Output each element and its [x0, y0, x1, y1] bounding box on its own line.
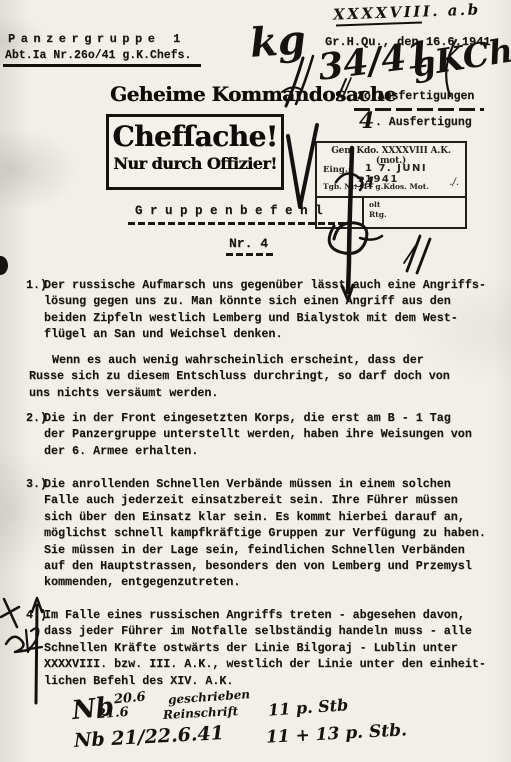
- text-line: Schnellen Kräfte ostwärts der Linie Bilg…: [44, 640, 486, 656]
- text-line: der Panzergruppe unterstellt werden, hab…: [44, 426, 472, 442]
- paragraph-text: Die anrollenden Schnellen Verbände müsse…: [44, 476, 486, 591]
- paragraph-text: Im Falle eines russischen Angriffs trete…: [44, 607, 486, 689]
- order-number-underline: [226, 253, 276, 256]
- footer-count-1: 11 p. Stb: [267, 695, 348, 720]
- double-slash-a: [407, 236, 420, 271]
- handwritten-initials-kg: kg: [248, 16, 307, 67]
- stamp-fragment-2: Rtg.: [369, 210, 387, 219]
- margin-cross-b: [1, 607, 19, 617]
- text-line: kommenden, entgegenzutreten.: [44, 574, 486, 590]
- text-line: Die anrollenden Schnellen Verbände müsse…: [44, 476, 486, 492]
- double-slash-tick: [404, 245, 416, 263]
- file-reference-underline: [3, 64, 201, 67]
- copies-count: 2o Ausfertigungen: [357, 90, 474, 103]
- stamp-divider-vertical: [362, 198, 364, 225]
- footer-date-2: 21.6: [97, 705, 130, 722]
- margin-exclamation: [26, 630, 28, 652]
- text-line: Im Falle eines russischen Angriffs trete…: [44, 607, 486, 623]
- text-line: Falle auch jederzeit einsatzbereit sein.…: [44, 492, 486, 508]
- text-line: uns nichts versäumt werden.: [29, 385, 450, 401]
- margin-scribble: [6, 637, 29, 652]
- stamp-journal-line: Tgb. Nr. /41 g.Kdos. Mot.: [323, 182, 429, 191]
- text-line: der 6. Armee erhalten.: [44, 443, 472, 459]
- text-line: beiden Zipfeln westlich Lemberg und Bial…: [44, 310, 486, 326]
- text-line: Sie müssen in der Lage sein, feindlichen…: [44, 542, 486, 558]
- signature-tail: [360, 236, 382, 240]
- text-line: auf den Hauptstrassen, besonders den von…: [44, 558, 486, 574]
- corps-mark-handwritten: XXXXVIII. a.b: [333, 0, 481, 23]
- classification-title: Geheime Kommandosache: [110, 82, 396, 106]
- text-line: lichen Befehl des XIV. A.K.: [44, 673, 486, 689]
- footer-count-2: 11 + 13 p. Stb.: [266, 720, 408, 747]
- text-line: Russe sich zu diesem Entschluss durchrin…: [29, 368, 450, 384]
- footer-note-1: geschrieben: [168, 687, 251, 707]
- text-line: Der russische Aufmarsch uns gegenüber lä…: [44, 277, 486, 293]
- text-line: Wenn es auch wenig wahrscheinlich ersche…: [52, 352, 450, 368]
- copy-number-handwritten: 4: [359, 108, 374, 134]
- paragraph-text: Die in der Front eingesetzten Korps, die…: [44, 410, 472, 459]
- stamp-fragment-1: olt: [369, 200, 380, 209]
- text-line: sich über den Einsatz klar sein. Es komm…: [44, 509, 486, 525]
- double-slash-b: [417, 239, 430, 273]
- text-line: Die in der Front eingesetzten Korps, die…: [44, 410, 472, 426]
- text-line: lösung gegen uns zu. Man könnte sich ein…: [44, 293, 486, 309]
- chefsache-title: Chefſache!: [109, 120, 281, 153]
- text-line: flügel an San und Weichsel denken.: [44, 326, 486, 342]
- footer-nb-date-line: Nb 21/22.6.41: [74, 722, 225, 752]
- order-title: Gruppenbefehl: [135, 204, 330, 218]
- chefsache-subtitle: Nur durch Offizier!: [109, 154, 281, 173]
- stamp-received-label: Eing.:: [323, 165, 351, 175]
- hole-punch-mark: [0, 256, 8, 275]
- text-line: möglichst schnell kampfkräftige Gruppen …: [44, 525, 486, 541]
- margin-number-2: [29, 628, 42, 649]
- paragraph-text: Wenn es auch wenig wahrscheinlich ersche…: [29, 352, 450, 401]
- chefsache-box: Chefſache! Nur durch Offizier!: [106, 114, 284, 190]
- stamp-divider-horizontal: [317, 196, 465, 198]
- order-title-underline: [128, 222, 345, 225]
- footer-note-2: Reinschrift: [163, 704, 239, 722]
- copy-number-label: . Ausfertigung: [375, 116, 472, 129]
- text-line: XXXXVIII. bzw. III. A.K., westlich der L…: [44, 656, 486, 672]
- check-mark: [288, 125, 317, 207]
- receipt-stamp: Gen. Kdo. XXXXVIII A.K. (mot.) Eing.: 1 …: [315, 141, 467, 229]
- paragraph-text: Der russische Aufmarsch uns gegenüber lä…: [44, 277, 486, 343]
- stamp-check-mark: ./.: [449, 177, 459, 188]
- margin-cross-a: [4, 599, 17, 627]
- order-number: Nr. 4: [229, 236, 268, 251]
- document-page: XXXXVIII. a.b Panzergruppe 1 Abt.Ia Nr.2…: [0, 0, 511, 762]
- stamp-journal-handwritten: 34: [355, 175, 374, 191]
- unit-name: Panzergruppe 1: [8, 32, 186, 46]
- file-reference: Abt.Ia Nr.26o/41 g.K.Chefs.: [5, 49, 191, 62]
- text-line: dass jeder Führer im Notfalle selbständi…: [44, 623, 486, 639]
